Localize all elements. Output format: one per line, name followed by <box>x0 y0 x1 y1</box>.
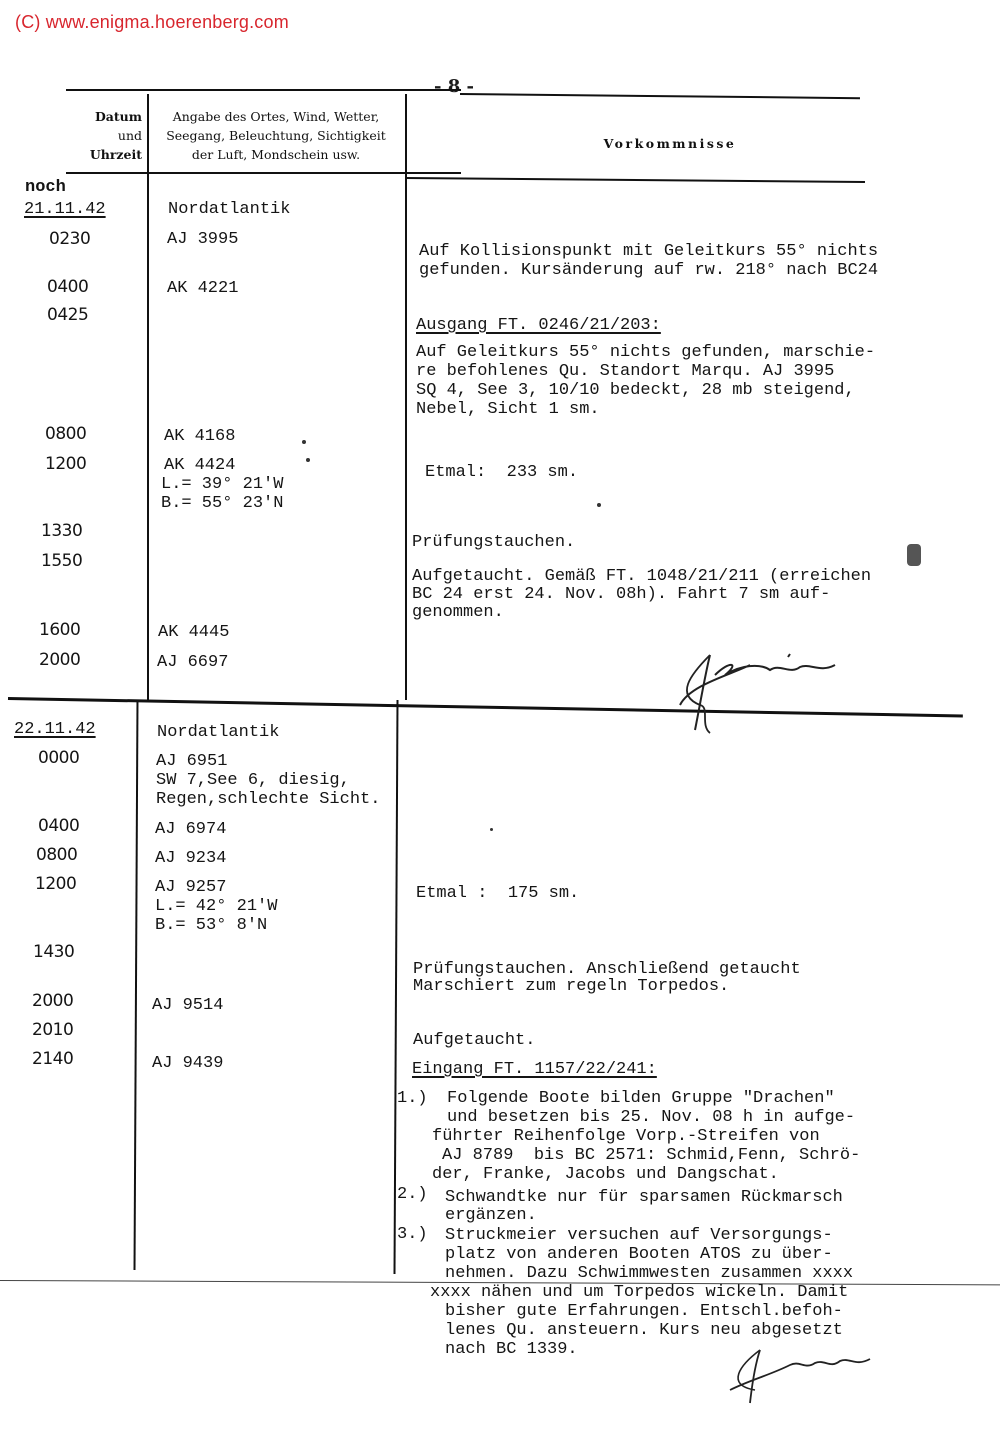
area-label: Nordatlantik <box>157 723 279 742</box>
event-etmal: Etmal : 175 sm. <box>416 884 579 903</box>
entry-location: AK 4445 <box>158 623 229 642</box>
list-item-text: der, Franke, Jacobs und Dangschat. <box>432 1165 779 1184</box>
entry-location: AJ 6697 <box>157 653 228 672</box>
entry-time: 2010 <box>32 1021 73 1040</box>
header-location-column: Angabe des Ortes, Wind, Wetter, Seegang,… <box>150 107 402 164</box>
event-text: Aufgetaucht. Gemäß FT. 1048/21/211 (erre… <box>412 567 871 586</box>
entry-location: AK 4221 <box>167 279 238 298</box>
event-text: Auf Geleitkurs 55° nichts gefunden, mars… <box>416 343 875 362</box>
entry-location: AJ 9257 <box>155 878 226 897</box>
column-divider-location-events <box>405 94 407 700</box>
entry-time: 0800 <box>36 846 77 865</box>
entry-location: L.= 42° 21'W <box>155 897 277 916</box>
event-text: Auf Kollisionspunkt mit Geleitkurs 55° n… <box>419 242 878 261</box>
header-location-line: Angabe des Ortes, Wind, Wetter, <box>150 107 402 126</box>
header-bottom-rule-right <box>405 177 865 183</box>
event-text: gefunden. Kursänderung auf rw. 218° nach… <box>419 261 878 280</box>
list-item-text: xxxx nähen und um Torpedos wickeln. Dami… <box>430 1283 848 1302</box>
entry-time: 0425 <box>47 306 88 325</box>
header-and-label: und <box>72 126 142 145</box>
entry-time: 0230 <box>49 230 90 249</box>
list-item-text: Folgende Boote bilden Gruppe "Drachen" <box>447 1089 835 1108</box>
scan-speck <box>302 440 306 444</box>
entry-time: 1200 <box>35 875 76 894</box>
header-location-line: der Luft, Mondschein usw. <box>150 145 402 164</box>
entry-time: 2140 <box>32 1050 73 1069</box>
list-item-text: AJ 8789 bis BC 2571: Schmid,Fenn, Schrö- <box>442 1146 860 1165</box>
header-date-label: Datum <box>72 107 142 126</box>
event-text: SQ 4, See 3, 10/10 bedeckt, 28 mb steige… <box>416 381 855 400</box>
list-item-number: 2.) <box>397 1185 428 1204</box>
event-text: genommen. <box>412 603 504 622</box>
entry-time: 1550 <box>41 552 82 571</box>
list-item-text: Struckmeier versuchen auf Versorgungs- <box>445 1226 833 1245</box>
entry-time: 1200 <box>45 455 86 474</box>
area-label: Nordatlantik <box>168 200 290 219</box>
header-top-rule-right <box>460 93 860 99</box>
scan-speck <box>597 503 601 507</box>
list-item-text: bisher gute Erfahrungen. Entschl.befoh- <box>445 1302 843 1321</box>
entry-location: B.= 53° 8'N <box>155 916 267 935</box>
date-label: 22.11.42 <box>14 720 96 739</box>
signature-schroeder <box>720 1345 900 1405</box>
date-label: 21.11.42 <box>24 200 106 219</box>
list-item-text: platz von anderen Booten ATOS zu über- <box>445 1245 833 1264</box>
entry-time: 0800 <box>45 425 86 444</box>
entry-time: 2000 <box>39 651 80 670</box>
event-etmal: Etmal: 233 sm. <box>425 463 578 482</box>
event-text: re befohlenes Qu. Standort Marqu. AJ 399… <box>416 362 834 381</box>
entry-location: AJ 9514 <box>152 996 223 1015</box>
list-item-text: und besetzen bis 25. Nov. 08 h in aufge- <box>447 1108 855 1127</box>
entry-location: AJ 6951 <box>156 752 227 771</box>
entry-time: 2000 <box>32 992 73 1011</box>
entry-location: AJ 3995 <box>167 230 238 249</box>
entry-location: B.= 55° 23'N <box>161 494 283 513</box>
list-item-text: Schwandtke nur für sparsamen Rückmarsch <box>445 1188 843 1207</box>
signature-schroeder <box>670 635 870 735</box>
entry-location: AK 4168 <box>164 427 235 446</box>
entry-time: 0400 <box>38 817 79 836</box>
entry-time: 1600 <box>39 621 80 640</box>
scan-speck <box>490 828 493 831</box>
list-item-text: nach BC 1339. <box>445 1340 578 1359</box>
header-bottom-rule <box>66 172 461 174</box>
event-text: Marschiert zum regeln Torpedos. <box>413 977 729 996</box>
event-text: Aufgetaucht. <box>413 1031 535 1050</box>
list-item-text: nehmen. Dazu Schwimmwesten zusammen xxxx <box>445 1264 853 1283</box>
ink-blot-mark <box>907 544 921 566</box>
event-text: BC 24 erst 24. Nov. 08h). Fahrt 7 sm auf… <box>412 585 830 604</box>
list-item-number: 1.) <box>397 1089 428 1108</box>
entry-time: 1330 <box>41 522 82 541</box>
entry-location: AJ 6974 <box>155 820 226 839</box>
entry-location: AJ 9439 <box>152 1054 223 1073</box>
entry-location: AK 4424 <box>164 456 235 475</box>
event-heading-outgoing-radio: Ausgang FT. 0246/21/203: <box>416 316 661 335</box>
header-top-rule <box>66 89 461 91</box>
event-text: Prüfungstauchen. <box>412 533 575 552</box>
list-item-number: 3.) <box>397 1225 428 1244</box>
header-events-column: Vorkommnisse <box>560 134 780 153</box>
entry-time: 0400 <box>47 278 88 297</box>
header-time-label: Uhrzeit <box>72 145 142 164</box>
entry-location: Regen,schlechte Sicht. <box>156 790 380 809</box>
list-item-text: lenes Qu. ansteuern. Kurs neu abgesetzt <box>445 1321 843 1340</box>
scan-speck <box>306 458 310 462</box>
event-text: Nebel, Sicht 1 sm. <box>416 400 600 419</box>
watermark-copyright: (C) www.enigma.hoerenberg.com <box>15 12 289 33</box>
header-location-line: Seegang, Beleuchtung, Sichtigkeit <box>150 126 402 145</box>
entry-time: 0000 <box>38 749 79 768</box>
list-item-text: ergänzen. <box>445 1206 537 1225</box>
entry-time: 1430 <box>33 943 74 962</box>
column-divider-date-location-2 <box>134 700 139 1270</box>
date-prefix: noch <box>25 178 66 197</box>
entry-location: SW 7,See 6, diesig, <box>156 771 350 790</box>
list-item-text: führter Reihenfolge Vorp.-Streifen von <box>432 1127 820 1146</box>
event-heading-incoming-radio: Eingang FT. 1157/22/241: <box>412 1060 657 1079</box>
header-date-column: Datum und Uhrzeit <box>72 107 142 164</box>
entry-location: L.= 39° 21'W <box>161 475 283 494</box>
column-divider-date-location <box>147 94 149 700</box>
entry-location: AJ 9234 <box>155 849 226 868</box>
